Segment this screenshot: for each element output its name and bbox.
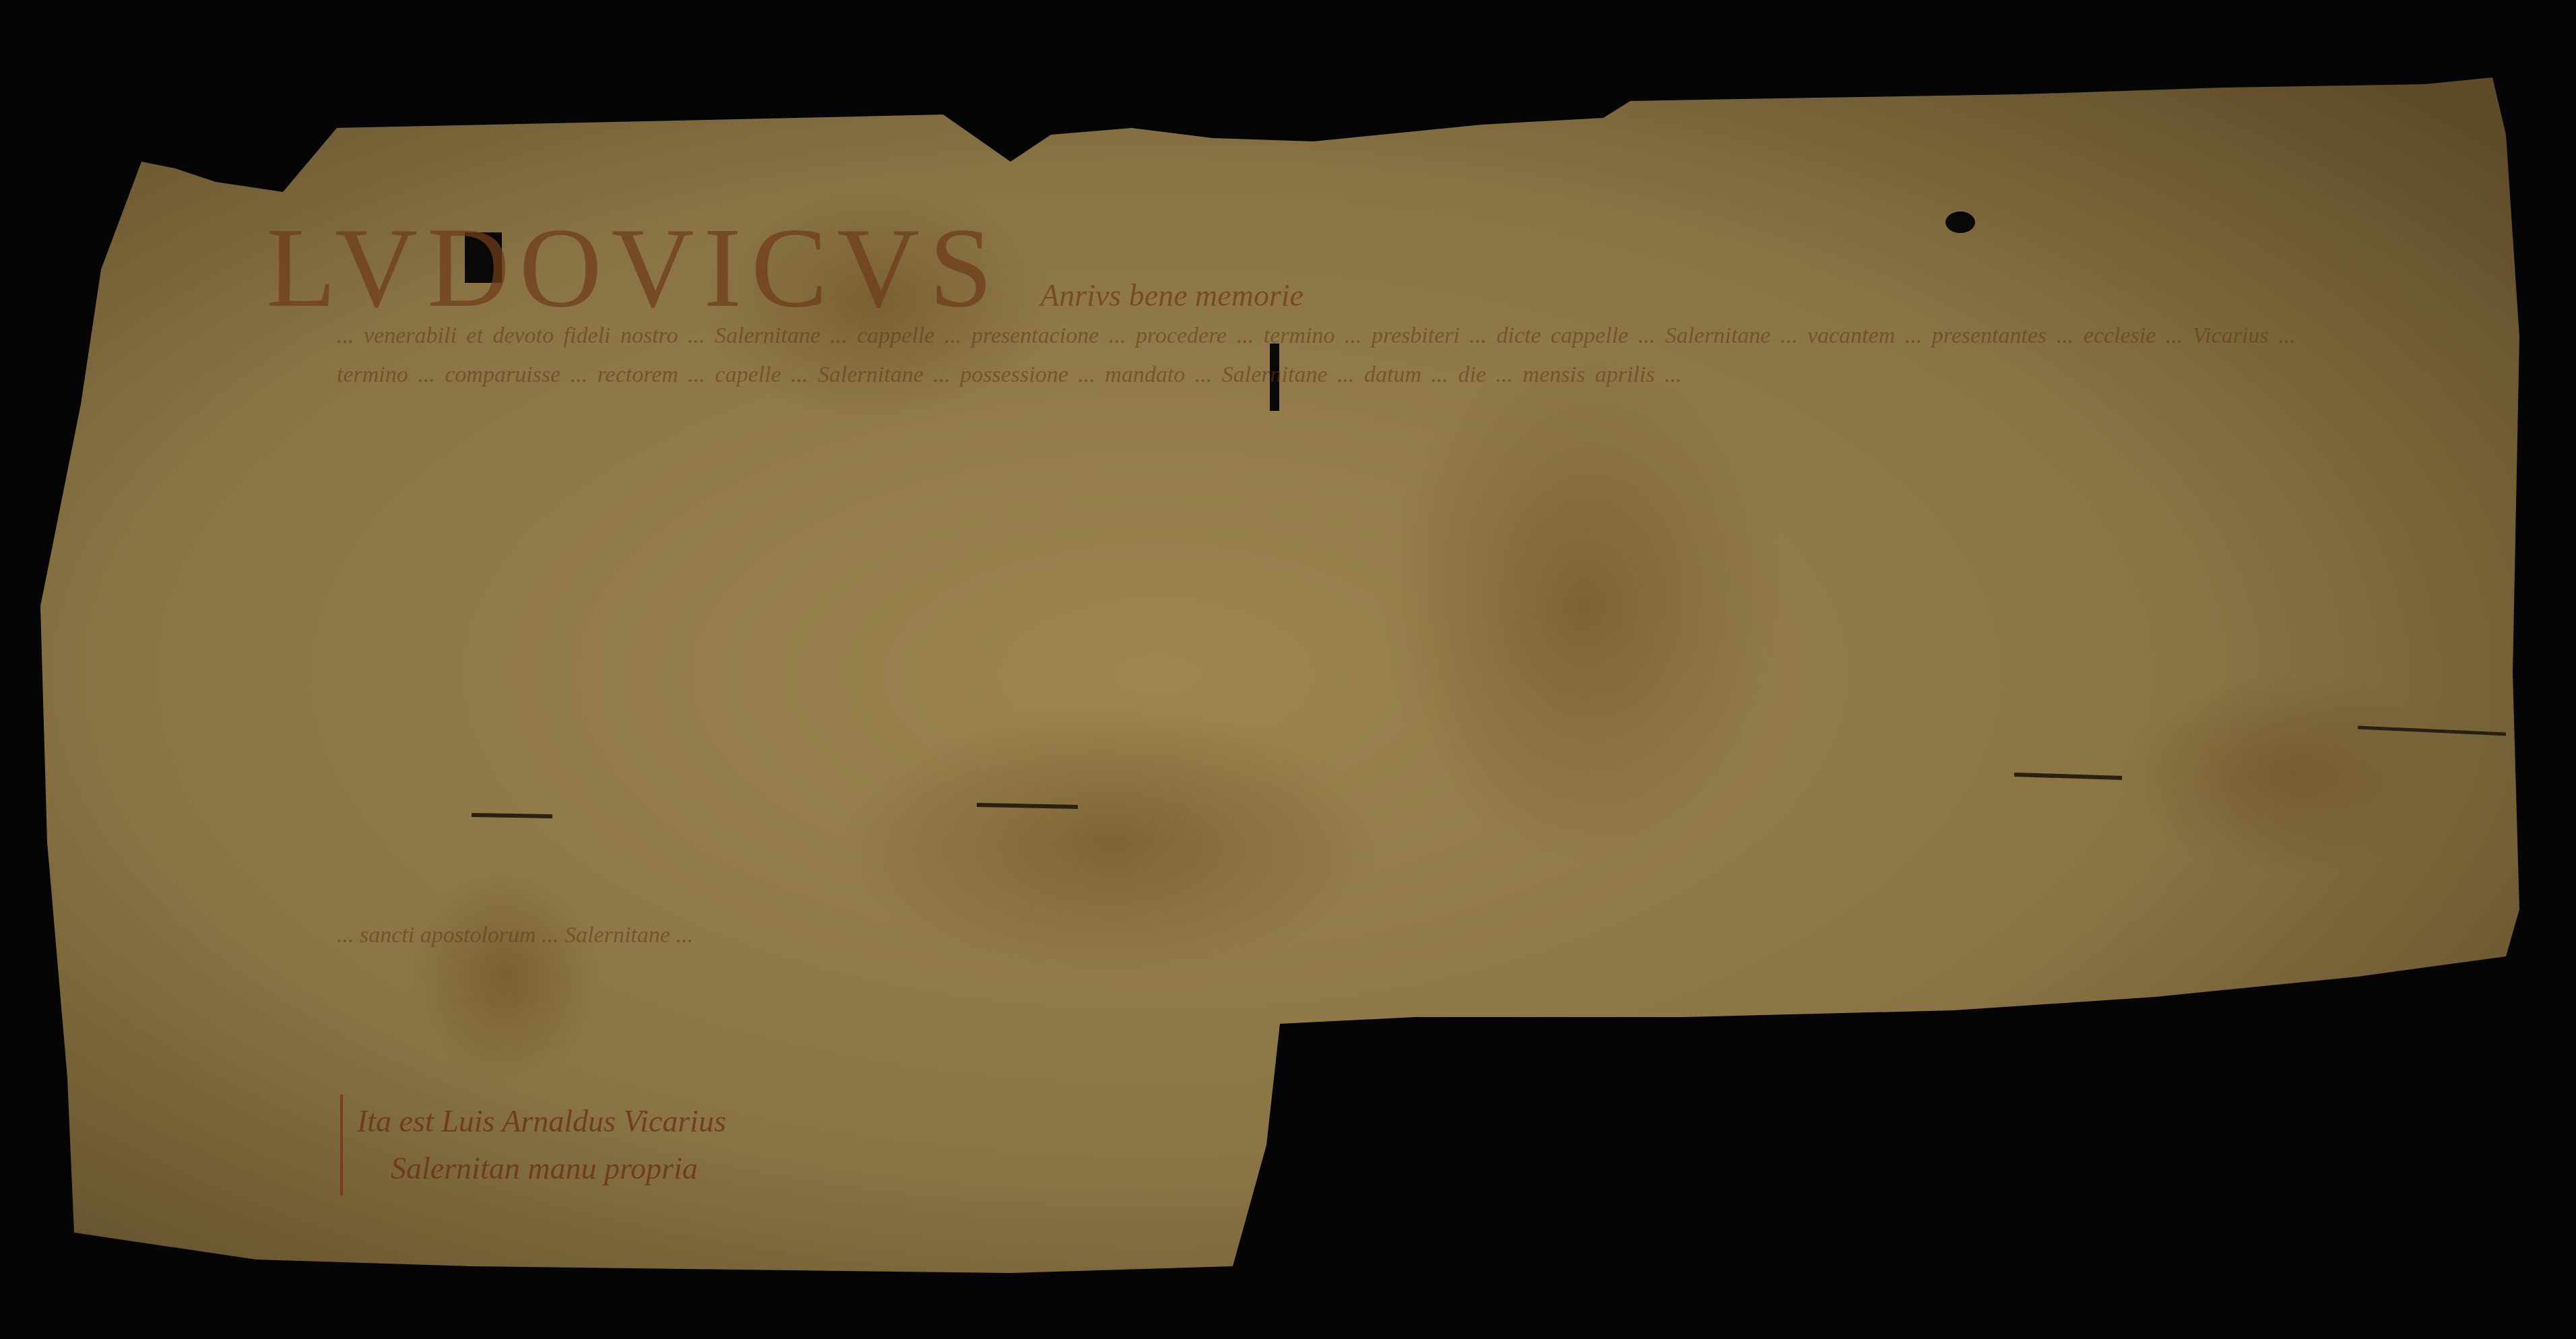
signature-block: Ita est Luis Arnaldus Vicarius Salernita… bbox=[337, 1098, 726, 1192]
document-photo: LVDOVICVS Anrivs bene memorie ... venera… bbox=[0, 0, 2576, 1339]
heading-continuation: Anrivs bene memorie bbox=[1040, 278, 1303, 313]
signature-line-2: Salernitan manu propria bbox=[337, 1145, 726, 1192]
manuscript-body: ... venerabili et devoto fideli nostro .… bbox=[337, 317, 2324, 395]
manuscript-body-lower: ... sancti apostolorum ... Salernitane .… bbox=[337, 916, 1280, 955]
heading-text: LVDOVICVS bbox=[266, 204, 1002, 331]
document-heading: LVDOVICVS Anrivs bene memorie bbox=[266, 202, 1303, 333]
signature-line-1: Ita est Luis Arnaldus Vicarius bbox=[337, 1098, 726, 1145]
